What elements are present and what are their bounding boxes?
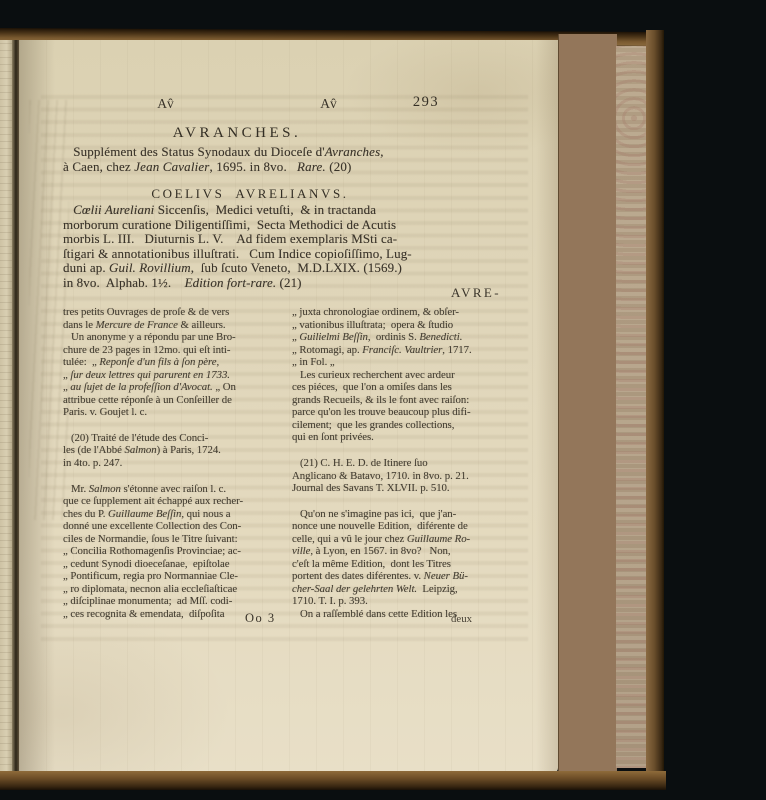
text-segment: , qui nous a: [181, 508, 230, 520]
text-segment: les (de l'Abbé: [63, 444, 124, 456]
text-line: ſtigari & annotationibus illuſtrati. Cum…: [63, 247, 533, 262]
entry-title-avranches: AVRANCHES.: [115, 125, 359, 142]
footnote-paragraph: (21) C. H. E. D. de Itinere ſuoAnglicano…: [292, 457, 502, 495]
italic-text-segment: au ſujet de la profeſſion d'Avocat.: [70, 381, 212, 393]
text-line: „ Guilielmi Beſſin, ordinis S. Benedicti…: [292, 331, 502, 344]
text-line: Un anonyme y a répondu par une Bro-: [63, 331, 301, 344]
page-number: 293: [403, 94, 449, 111]
text-line: ciles de Normandie, ſous le Titre ſuivan…: [63, 533, 301, 546]
text-segment: (20): [326, 159, 352, 174]
text-line: ces piéces, que l'on a omiſes dans les: [292, 381, 502, 394]
footnote-column-left: tres petits Ouvrages de proſe & de versd…: [63, 306, 301, 621]
text-line: que ce ſupplement ait échappé aux recher…: [63, 495, 301, 508]
italic-text-segment: ville: [292, 545, 310, 557]
text-line: Paris. v. Goujet l. c.: [63, 406, 301, 419]
text-line: cher-Saal der gelehrten Welt. Leipzig,: [292, 583, 502, 596]
text-line: „ ro diplomata, necnon alia eccleſiaſtic…: [63, 583, 301, 596]
text-line: Qu'on ne s'imagine pas ici, que j'an-: [292, 508, 502, 521]
text-segment: „ Rotomagi, ap.: [292, 344, 362, 356]
fore-edge-page-block: [558, 34, 617, 774]
text-line: c'eſt la même Edition, dont les Titres: [292, 558, 502, 571]
footnote-column-right: „ juxta chronologiae ordinem, & obſer-„ …: [292, 306, 502, 621]
text-segment: celle, qui a vû le jour chez: [292, 533, 407, 545]
italic-text-segment: Neuer Bü-: [424, 570, 468, 582]
running-title-left: Av̂: [144, 96, 188, 112]
text-line: Cœlii Aureliani Siccenſis, Medici vetuſt…: [63, 203, 533, 218]
text-segment: (21): [276, 275, 301, 290]
text-line: qui en ſont privées.: [292, 431, 502, 444]
italic-text-segment: Jean Cavalier: [134, 159, 209, 174]
text-line: à Caen, chez Jean Cavalier, 1695. in 8vo…: [63, 159, 523, 174]
text-line: „ ſur deux lettres qui parurent en 1733.: [63, 369, 301, 382]
text-line: „ in Fol. „: [292, 356, 502, 369]
text-line: cilement; que les grandes collections,: [292, 419, 502, 432]
gutter-shadow: [12, 40, 19, 773]
italic-text-segment: ſur deux lettres qui parurent en 1733.: [70, 369, 230, 381]
left-page-edges: [0, 40, 12, 772]
text-line: ville, à Lyon, en 1567. in 8vo? Non,: [292, 545, 502, 558]
italic-text-segment: Guil. Rovillium: [109, 260, 191, 275]
catchword-deux: deux: [414, 613, 472, 625]
text-line: grands Recueils, & ils le font avec raiſ…: [292, 394, 502, 407]
italic-text-segment: Guillaume Beſſin: [108, 508, 181, 520]
footnote-paragraph: Les curieux recherchent avec ardeurces p…: [292, 369, 502, 444]
text-segment: ,: [380, 144, 383, 159]
text-line: dans le Mercure de France & ailleurs.: [63, 319, 301, 332]
signature-mark: Oo 3: [245, 611, 276, 626]
text-line: tulée: „ Reponſe d'un fils à ſon père,: [63, 356, 301, 369]
marbled-endpaper-edge: [616, 46, 646, 768]
italic-text-segment: Franciſc. Vaultrier: [362, 344, 442, 356]
text-segment: Siccenſis, Medici vetuſti, & in tractand…: [154, 202, 376, 217]
text-line: donné une excellente Collection des Con-: [63, 520, 301, 533]
italic-text-segment: Guilielmi Beſſin: [299, 331, 367, 343]
book-page: Av̂ Av̂ 293 AVRANCHES. Supplément des St…: [19, 40, 558, 773]
book-bottom-edge: [0, 771, 666, 790]
italic-text-segment: Avranches: [325, 144, 381, 159]
text-line: Les curieux recherchent avec ardeur: [292, 369, 502, 382]
text-segment: ches du P.: [63, 508, 108, 520]
italic-text-segment: Salmon: [124, 444, 156, 456]
text-segment: , 1717.: [442, 344, 471, 356]
text-segment: , ordinis S.: [368, 331, 420, 343]
text-line: chure de 23 pages in 12mo. qui eſt inti-: [63, 344, 301, 357]
italic-text-segment: Benedicti.: [419, 331, 462, 343]
text-segment: & ailleurs.: [178, 319, 226, 331]
text-line: morborum curatione Diligentiſſimi, Secta…: [63, 218, 533, 233]
text-line: celle, qui a vû le jour chez Guillaume R…: [292, 533, 502, 546]
text-line: (21) C. H. E. D. de Itinere ſuo: [292, 457, 502, 470]
italic-text-segment: cher-Saal der gelehrten Welt.: [292, 583, 417, 595]
text-line: „ diſciplinae monumenta; ad Mſſ. codi-: [63, 595, 301, 608]
text-segment: s'étonne avec raiſon l. c.: [121, 483, 226, 495]
text-line: parce qu'on les trouve beaucoup plus dif…: [292, 406, 502, 419]
text-segment: , à Lyon, en 1567. in 8vo? Non,: [310, 545, 450, 557]
text-segment: Mr.: [63, 483, 89, 495]
text-segment: duni ap.: [63, 260, 109, 275]
text-line: Mr. Salmon s'étonne avec raiſon l. c.: [63, 483, 301, 496]
footnote-paragraph: (20) Traité de l'étude des Conci-les (de…: [63, 432, 301, 470]
italic-text-segment: Guillaume Ro-: [407, 533, 470, 545]
italic-text-segment: Reponſe d'un fils à ſon père,: [99, 356, 219, 368]
entry-avranches-text: Supplément des Status Synodaux du Dioceſ…: [63, 144, 523, 175]
text-line: in 4to. p. 247.: [63, 457, 301, 470]
text-line: duni ap. Guil. Rovillium, ſub ſcuto Vene…: [63, 261, 533, 276]
text-line: ches du P. Guillaume Beſſin, qui nous a: [63, 508, 301, 521]
text-segment: Supplément des Status Synodaux du Dioceſ…: [63, 144, 325, 159]
footnote-paragraph: tres petits Ouvrages de proſe & de versd…: [63, 306, 301, 419]
text-line: „ cedunt Synodi dioeceſanae, epiſtolae: [63, 558, 301, 571]
text-line: „ Concilia Rothomagenſis Provinciae; ac-: [63, 545, 301, 558]
footnote-paragraph: Mr. Salmon s'étonne avec raiſon l. c.que…: [63, 483, 301, 621]
text-segment: tulée: „: [63, 356, 99, 368]
text-segment: „ On: [213, 381, 236, 393]
text-line: les (de l'Abbé Salmon) à Paris, 1724.: [63, 444, 301, 457]
text-segment: ) à Paris, 1724.: [157, 444, 221, 456]
footnote-paragraph: Qu'on ne s'imagine pas ici, que j'an-non…: [292, 508, 502, 608]
text-segment: à Caen, chez: [63, 159, 134, 174]
text-line: portent des dates diférentes. v. Neuer B…: [292, 570, 502, 583]
text-segment: portent des dates diférentes. v.: [292, 570, 424, 582]
catchword-avre: AVRE-: [451, 285, 501, 301]
entry-heading-coelius-aurelianus: COELIVS AVRELIANVS.: [130, 186, 370, 202]
italic-text-segment: Edition fort-rare.: [185, 275, 277, 290]
text-segment: dans le: [63, 319, 96, 331]
text-segment: Leipzig,: [417, 583, 458, 595]
text-line: Supplément des Status Synodaux du Dioceſ…: [63, 144, 523, 159]
text-line: „ Pontificum, regia pro Normanniae Cle-: [63, 570, 301, 583]
text-line: (20) Traité de l'étude des Conci-: [63, 432, 301, 445]
text-line: Anglicano & Batavo, 1710. in 8vo. p. 21.: [292, 470, 502, 483]
text-line: nonce une nouvelle Edition, diférente de: [292, 520, 502, 533]
text-line: „ au ſujet de la profeſſion d'Avocat. „ …: [63, 381, 301, 394]
text-line: tres petits Ouvrages de proſe & de vers: [63, 306, 301, 319]
text-segment: in 8vo. Alphab. 1½.: [63, 275, 185, 290]
entry-coelius-text: Cœlii Aureliani Siccenſis, Medici vetuſt…: [63, 203, 533, 291]
text-segment: , 1695. in 8vo.: [209, 159, 297, 174]
text-line: „ vationibus illuſtrata; opera & ſtudio: [292, 319, 502, 332]
text-line: „ juxta chronologiae ordinem, & obſer-: [292, 306, 502, 319]
text-line: attribue cette réponſe à un Conſeiller d…: [63, 394, 301, 407]
text-line: 1710. T. I. p. 393.: [292, 595, 502, 608]
text-line: „ Rotomagi, ap. Franciſc. Vaultrier, 171…: [292, 344, 502, 357]
text-segment: , ſub ſcuto Veneto, M.D.LXIX. (1569.): [191, 260, 402, 275]
text-segment: [63, 202, 73, 217]
text-line: morbis L. III. Diuturnis L. V. Ad fidem …: [63, 232, 533, 247]
italic-text-segment: Mercure de France: [96, 319, 178, 331]
italic-text-segment: Salmon: [89, 483, 121, 495]
running-title-center: Av̂: [307, 96, 351, 112]
footnote-paragraph: „ juxta chronologiae ordinem, & obſer-„ …: [292, 306, 502, 369]
photo-background: Av̂ Av̂ 293 AVRANCHES. Supplément des St…: [0, 0, 766, 800]
italic-text-segment: Cœlii Aureliani: [73, 202, 154, 217]
italic-text-segment: Rare.: [297, 159, 326, 174]
book-cover-board: [646, 30, 664, 788]
text-line: Journal des Savans T. XLVII. p. 510.: [292, 482, 502, 495]
